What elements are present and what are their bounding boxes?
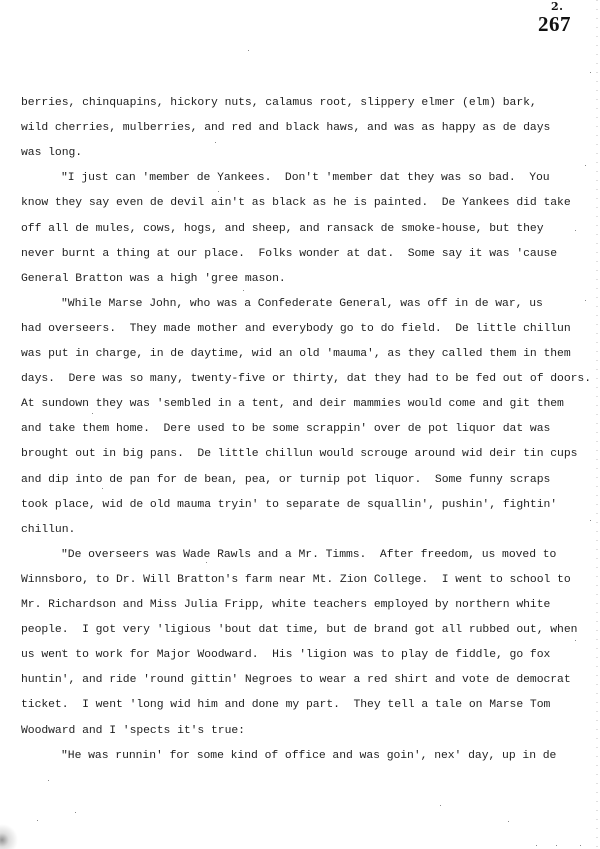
text-line: and dip into de pan for de bean, pea, or… [21, 474, 550, 486]
scan-speck [248, 50, 249, 51]
text-line: days. Dere was so many, twenty-five or t… [21, 373, 591, 385]
text-line: berries, chinquapins, hickory nuts, cala… [21, 97, 537, 109]
text-line: "While Marse John, who was a Confederate… [61, 298, 543, 310]
text-line: Winnsboro, to Dr. Will Bratton's farm ne… [21, 574, 571, 586]
scan-speck [118, 300, 119, 301]
text-line: Woodward and I 'spects it's true: [21, 725, 245, 737]
scan-speck [590, 520, 591, 521]
scan-speck [62, 650, 63, 651]
text-line: huntin', and ride 'round gittin' Negroes… [21, 674, 571, 686]
scan-speck [37, 820, 38, 821]
scan-speck [585, 300, 586, 301]
text-line: know they say even de devil ain't as bla… [21, 197, 571, 209]
text-line: and take them home. Dere used to be some… [21, 423, 550, 435]
scan-speck [102, 488, 103, 489]
scan-speck [243, 290, 244, 291]
scan-speck [536, 845, 537, 846]
text-line: At sundown they was 'sembled in a tent, … [21, 398, 564, 410]
scan-speck [215, 142, 216, 143]
text-line: Mr. Richardson and Miss Julia Fripp, whi… [21, 599, 550, 611]
scan-speck [575, 230, 576, 231]
text-line: General Bratton was a high 'gree mason. [21, 273, 286, 285]
text-line: took place, wid de old mauma tryin' to s… [21, 499, 557, 511]
text-line: us went to work for Major Woodward. His … [21, 649, 550, 661]
scan-speck [190, 280, 191, 281]
text-line: was long. [21, 147, 82, 159]
scan-speck [590, 72, 591, 73]
stamped-page-number: 267 [538, 12, 571, 37]
scan-speck [556, 845, 557, 846]
scan-speck [218, 191, 219, 192]
typewritten-document-page: 2. 267 berries, chinquapins, hickory nut… [0, 0, 600, 849]
text-line: off all de mules, cows, hogs, and sheep,… [21, 223, 543, 235]
scan-speck [575, 640, 576, 641]
scan-speck [92, 413, 93, 414]
text-line: had overseers. They made mother and ever… [21, 323, 571, 335]
text-line: never burnt a thing at our place. Folks … [21, 248, 557, 260]
scan-speck [580, 845, 581, 846]
scan-speck [206, 562, 207, 563]
text-line: "I just can 'member de Yankees. Don't 'm… [61, 172, 550, 184]
scan-speck [48, 780, 49, 781]
scan-speck [575, 450, 576, 451]
text-line: "De overseers was Wade Rawls and a Mr. T… [61, 549, 556, 561]
text-line: ticket. I went 'long wid him and done my… [21, 699, 550, 711]
scan-smudge-artifact [0, 812, 30, 849]
text-line: "He was runnin' for some kind of office … [61, 750, 556, 762]
scan-edge-artifact [596, 0, 598, 849]
text-line: was put in charge, in de daytime, wid an… [21, 348, 571, 360]
scan-speck [508, 821, 509, 822]
text-line: wild cherries, mulberries, and red and b… [21, 122, 550, 134]
scan-speck [585, 165, 586, 166]
scan-speck [75, 812, 76, 813]
text-line: chillun. [21, 524, 75, 536]
text-line: people. I got very 'ligious 'bout dat ti… [21, 624, 577, 636]
scan-speck [440, 805, 441, 806]
text-line: brought out in big pans. De little chill… [21, 448, 577, 460]
